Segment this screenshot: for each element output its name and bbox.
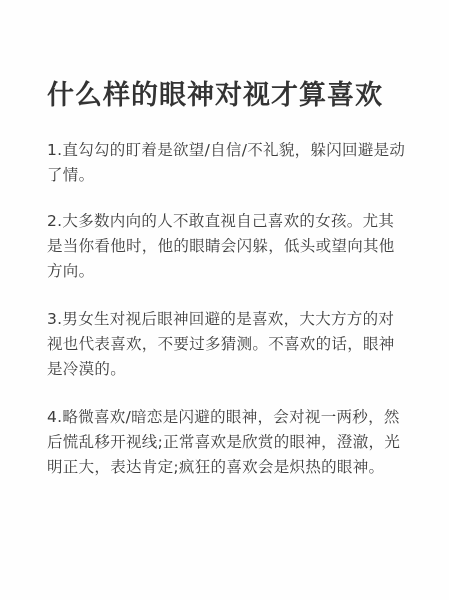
paragraph-3: 3.男女生对视后眼神回避的是喜欢，大大方方的对视也代表喜欢，不要过多猜测。不喜欢… xyxy=(47,307,407,382)
paragraph-1: 1.直勾勾的盯着是欲望/自信/不礼貌，躲闪回避是动了情。 xyxy=(47,138,407,188)
paragraph-2: 2.大多数内向的人不敢直视自己喜欢的女孩。尤其是当你看他时，他的眼睛会闪躲，低头… xyxy=(47,209,407,284)
article-title: 什么样的眼神对视才算喜欢 xyxy=(47,73,383,112)
paragraph-4: 4.略微喜欢/暗恋是闪避的眼神，会对视一两秒，然后慌乱移开视线;正常喜欢是欣赏的… xyxy=(47,405,407,480)
